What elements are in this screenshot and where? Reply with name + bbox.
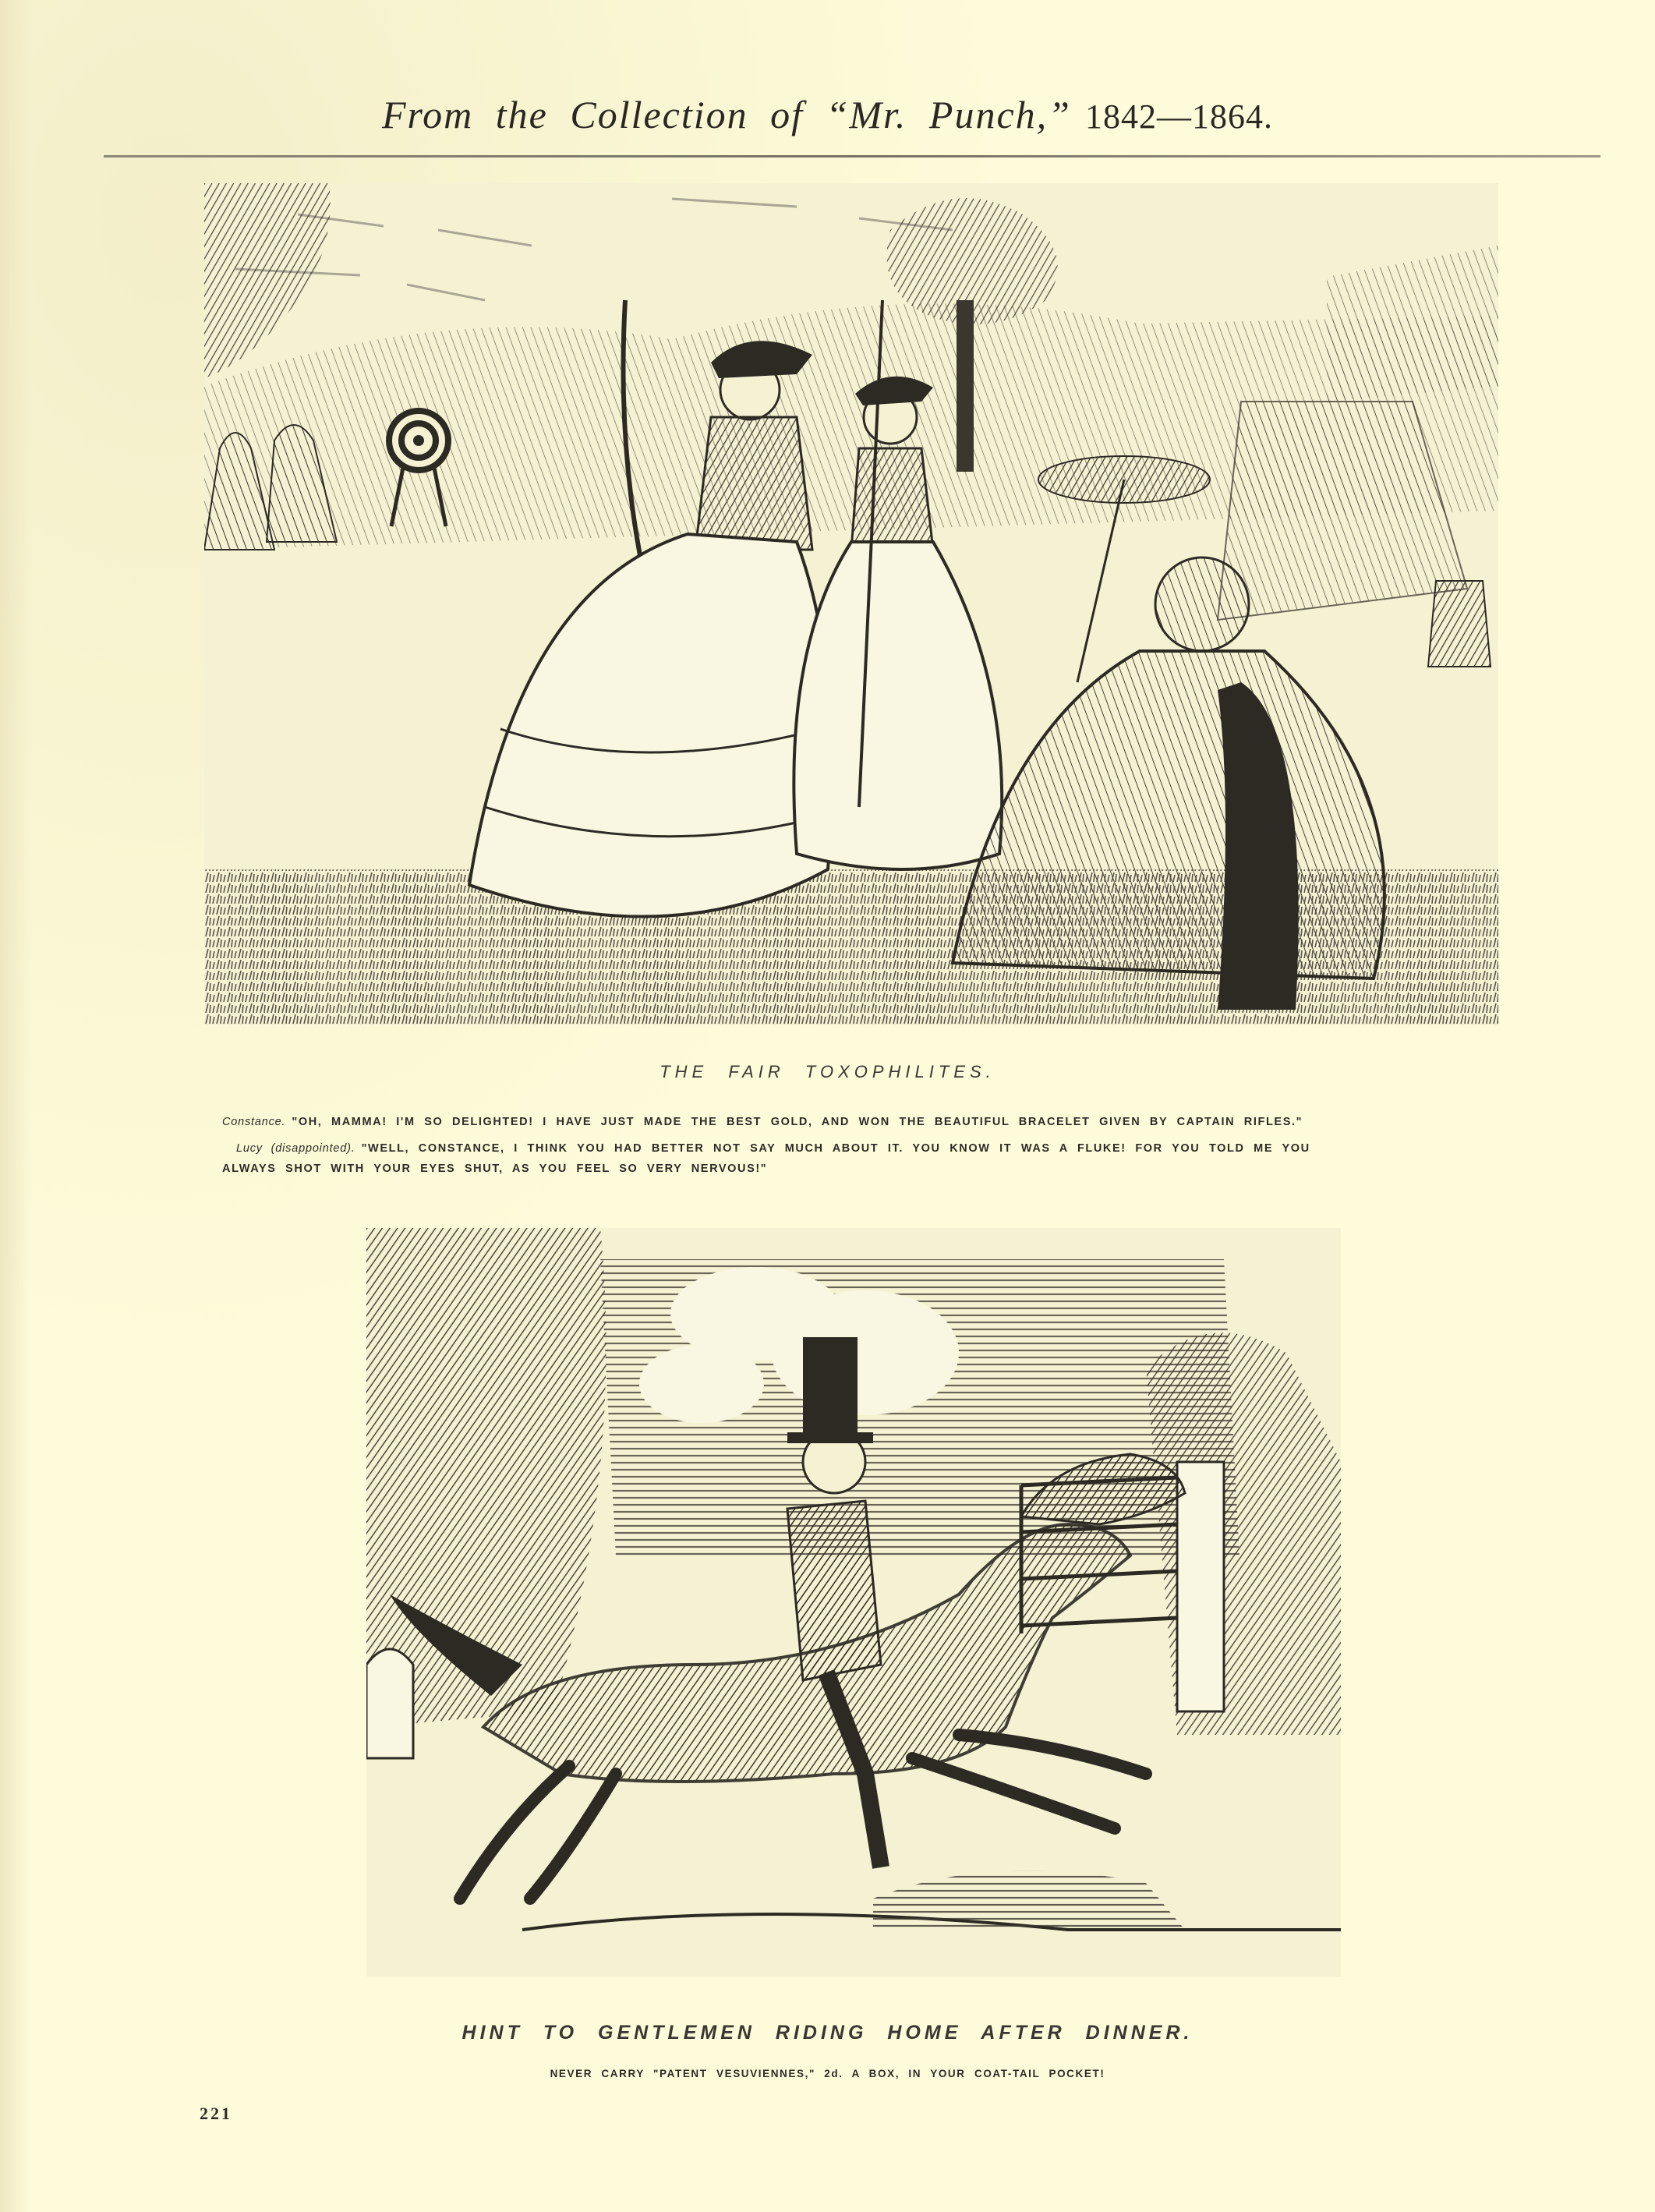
- speaker-lucy: Lucy (disappointed).: [236, 1142, 355, 1155]
- running-title: From the Collection of “Mr. Punch,”: [382, 93, 1071, 136]
- dialogue-text-lucy: "WELL, CONSTANCE, I THINK YOU HAD BETTER…: [362, 1142, 1310, 1155]
- dialogue-line-constance: Constance."OH, MAMMA! I'M SO DELIGHTED! …: [222, 1112, 1493, 1132]
- running-years: 1842—1864.: [1085, 97, 1273, 136]
- cartoon-title-toxophilites: THE FAIR TOXOPHILITES.: [0, 1062, 1655, 1082]
- cartoon-subtitle-hint: NEVER CARRY "PATENT VESUVIENNES," 2d. A …: [0, 2068, 1655, 2079]
- dialogue-text-lucy-continued: ALWAYS SHOT WITH YOUR EYES SHUT, AS YOU …: [222, 1159, 1493, 1179]
- cartoon-title-hint: HINT TO GENTLEMEN RIDING HOME AFTER DINN…: [0, 2022, 1655, 2044]
- speaker-constance: Constance.: [222, 1116, 285, 1128]
- page-number: 221: [200, 2104, 232, 2124]
- archery-illustration: [204, 183, 1498, 1025]
- dialogue-line-lucy: Lucy (disappointed)."WELL, CONSTANCE, I …: [236, 1138, 1493, 1179]
- running-head: From the Collection of “Mr. Punch,”1842—…: [0, 92, 1655, 137]
- book-page: From the Collection of “Mr. Punch,”1842—…: [0, 0, 1655, 2212]
- horse-rider-scene-icon: [366, 1228, 1341, 1977]
- dialogue-text-constance: "OH, MAMMA! I'M SO DELIGHTED! I HAVE JUS…: [292, 1116, 1303, 1128]
- rider-illustration: [366, 1228, 1341, 1977]
- archery-scene-icon: [204, 183, 1498, 1025]
- header-rule: [104, 155, 1600, 157]
